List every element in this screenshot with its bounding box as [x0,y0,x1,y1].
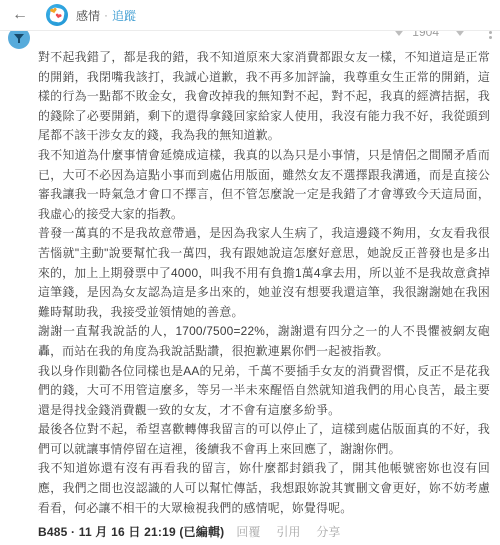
avatar-glyph-stem [18,39,20,43]
board-name[interactable]: 感情 [76,7,100,24]
comment-meta: B485 · 11 月 16 日 21:19 (已編輯) [38,523,224,540]
board-logo-icon: ❤ ❤ [46,4,68,26]
quote-button[interactable]: 引用 [276,523,300,540]
follow-button[interactable]: 追蹤 [112,7,136,24]
heart-icon: ❤ [54,12,62,21]
board-header: ← ❤ ❤ 感情 · 追蹤 [0,0,500,31]
reply-button[interactable]: 回覆 [236,523,260,540]
comment-footer: B485 · 11 月 16 日 21:19 (已編輯) 回覆 引用 分享 [38,523,492,540]
back-icon[interactable]: ← [12,7,28,23]
comment-body-text: 對不起我錯了，都是我的錯，我不知道原來大家消費都跟女友一樣，不知道這是正常的開銷… [38,48,490,518]
share-button[interactable]: 分享 [316,523,340,540]
comment-page: ← ❤ ❤ 感情 · 追蹤 1904 對不起我錯了，都是我的錯，我不知道原來大家… [0,0,500,545]
separator-dot: · [104,8,108,22]
